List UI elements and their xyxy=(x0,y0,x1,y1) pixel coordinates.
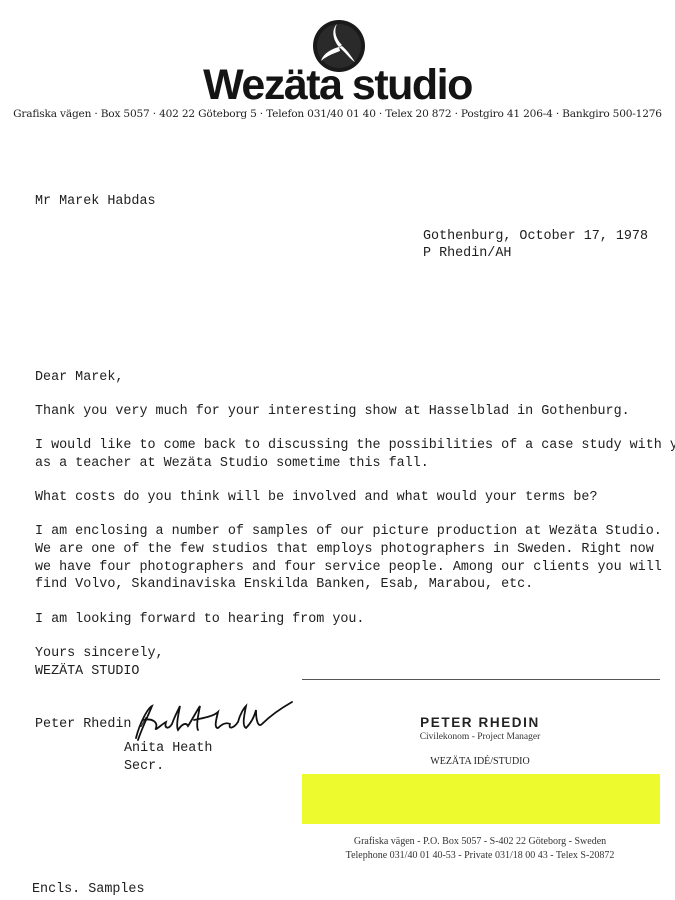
secretary-name: Anita Heath xyxy=(124,740,212,758)
salutation: Dear Marek, xyxy=(35,369,123,387)
brand-name: Wezäta studio xyxy=(0,60,675,110)
closing-company: WEZÄTA STUDIO xyxy=(35,663,139,681)
body-paragraph-4-line-1: I am enclosing a number of samples of ou… xyxy=(35,523,662,541)
body-paragraph-1: Thank you very much for your interesting… xyxy=(35,403,630,421)
body-paragraph-4-line-4: find Volvo, Skandinaviska Enskilda Banke… xyxy=(35,576,533,594)
card-title: Civilekonom - Project Manager xyxy=(300,732,660,742)
card-address-line-2: Telephone 031/40 01 40-53 - Private 031/… xyxy=(300,850,660,861)
letterhead-address: Grafiska vägen · Box 5057 · 402 22 Göteb… xyxy=(0,108,675,120)
card-company: WEZÄTA IDÉ/STUDIO xyxy=(300,756,660,767)
body-paragraph-4-line-3: we have four photographers and four serv… xyxy=(35,559,662,577)
secretary-title: Secr. xyxy=(124,758,164,776)
closing-line: Yours sincerely, xyxy=(35,645,164,663)
reference: P Rhedin/AH xyxy=(423,245,511,263)
body-paragraph-2-line-1: I would like to come back to discussing … xyxy=(35,437,675,455)
body-paragraph-2-line-2: as a teacher at Wezäta Studio sometime t… xyxy=(35,455,429,473)
card-name: PETER RHEDIN xyxy=(300,715,660,730)
card-address-line-1: Grafiska vägen - P.O. Box 5057 - S-402 2… xyxy=(300,836,660,847)
enclosure-note: Encls. Samples xyxy=(32,881,145,899)
card-accent-band xyxy=(302,774,660,824)
body-paragraph-5: I am looking forward to hearing from you… xyxy=(35,611,364,629)
body-paragraph-4-line-2: We are one of the few studios that emplo… xyxy=(35,541,654,559)
recipient: Mr Marek Habdas xyxy=(35,193,156,211)
body-paragraph-3: What costs do you think will be involved… xyxy=(35,489,598,507)
place-date: Gothenburg, October 17, 1978 xyxy=(423,228,648,246)
card-divider xyxy=(302,679,660,680)
